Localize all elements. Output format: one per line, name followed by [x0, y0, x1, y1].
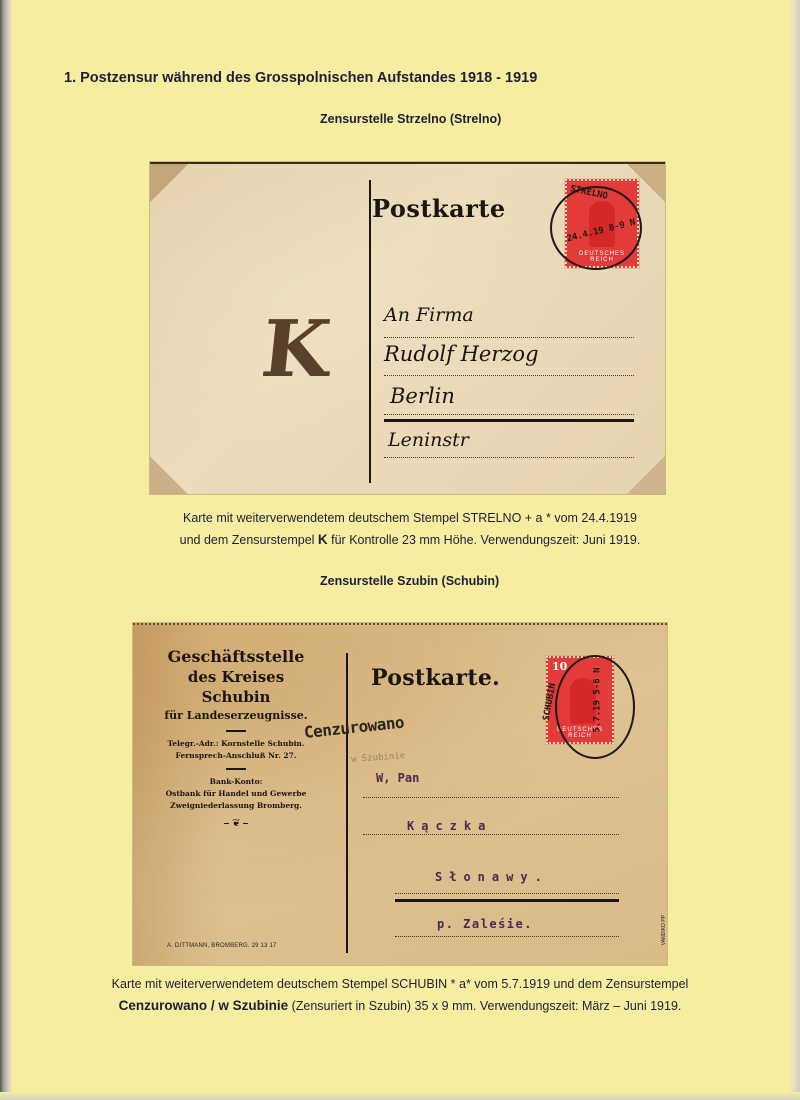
- section-title-strzelno: Zensurstelle Strzelno (Strelno): [320, 112, 501, 126]
- letterhead-line: Geschäftsstelle: [151, 647, 321, 667]
- address-rule: [395, 936, 619, 937]
- postcard-szubin: Geschäftsstelle des Kreises Schubin für …: [133, 623, 667, 965]
- address-rule: [363, 797, 619, 798]
- address-line: Berlin: [390, 384, 455, 408]
- card-divider: [369, 180, 371, 483]
- postmark-date: 5.7.19 5-6 N: [593, 667, 603, 732]
- letterhead-rule: [226, 730, 246, 732]
- caption-strzelno: Karte mit weiterverwendetem deutschem St…: [120, 508, 700, 551]
- letterhead-line: des Kreises Schubin: [151, 667, 321, 707]
- caption-line: Cenzurowano / w Szubinie (Zensuriert in …: [70, 995, 730, 1017]
- caption-line: Karte mit weiterverwendetem deutschem St…: [70, 974, 730, 995]
- postkarte-title: Postkarte: [372, 194, 506, 223]
- ornament-icon: ⎯ ❦ ⎯: [151, 818, 321, 829]
- page-edge-right: [790, 0, 800, 1100]
- address-line: Kączka: [407, 819, 492, 833]
- caption-text: für Kontrolle 23 mm Höhe. Verwendungszei…: [328, 533, 641, 547]
- section-title-szubin: Zensurstelle Szubin (Schubin): [320, 574, 499, 588]
- postkarte-title: Postkarte.: [371, 665, 500, 691]
- address-rule: [384, 375, 634, 376]
- caption-text: und dem Zensurstempel: [180, 533, 318, 547]
- address-rule: [384, 337, 634, 338]
- caption-bold: K: [318, 532, 328, 547]
- address-line: An Firma: [384, 304, 474, 326]
- page-edge-bottom: [0, 1092, 800, 1100]
- page-heading: 1. Postzensur während des Grosspolnische…: [64, 70, 537, 86]
- censor-mark-k: K: [257, 304, 334, 395]
- caption-line: Karte mit weiterverwendetem deutschem St…: [120, 508, 700, 529]
- card-corner: [150, 456, 188, 494]
- address-rule-thick: [395, 899, 619, 902]
- address-rule: [395, 893, 619, 894]
- letterhead-telegr: Telegr.-Adr.: Kornstelle Schubin.: [151, 738, 321, 750]
- address-rule: [384, 457, 634, 458]
- caption-szubin: Karte mit weiterverwendetem deutschem St…: [70, 974, 730, 1017]
- caption-text: (Zensuriert in Szubin) 35 x 9 mm. Verwen…: [288, 999, 681, 1013]
- card-corner: [150, 164, 188, 202]
- letterhead-phone: Fernsprech-Anschluß Nr. 27.: [151, 750, 321, 762]
- caption-bold: Cenzurowano / w Szubinie: [119, 998, 289, 1013]
- address-line: p. Zaleśie.: [437, 917, 533, 931]
- letterhead: Geschäftsstelle des Kreises Schubin für …: [151, 647, 321, 829]
- page-edge-left: [0, 0, 12, 1100]
- card-corner: [627, 456, 665, 494]
- letterhead-line: für Landeserzeugnisse.: [151, 707, 321, 724]
- address-rule: [363, 834, 619, 835]
- address-line: W, Pan: [376, 771, 419, 785]
- letterhead-bank-label: Bank-Konto:: [151, 776, 321, 788]
- postcard-strzelno: Postkarte DEUTSCHES REICH STRELNO 24.4.1…: [150, 162, 665, 494]
- address-line: Słonawy.: [435, 870, 549, 884]
- address-rule-thick: [384, 419, 634, 422]
- printer-imprint: A. DITTMANN, BROMBERG. 29 13 17: [167, 943, 277, 949]
- letterhead-bank-name: Ostbank für Handel und Gewerbe: [151, 788, 321, 800]
- letterhead-bank-branch: Zweigniederlassung Bromberg.: [151, 800, 321, 812]
- card-divider: [346, 653, 348, 953]
- letterhead-rule: [226, 768, 246, 770]
- address-line: Rudolf Herzog: [384, 342, 539, 366]
- censor-stamp-sub: w Szubinie: [351, 751, 406, 765]
- address-line: Leninstr: [388, 429, 469, 451]
- side-imprint: VANDIKO PP: [661, 915, 667, 945]
- caption-line: und dem Zensurstempel K für Kontrolle 23…: [120, 529, 700, 551]
- address-rule: [384, 414, 634, 415]
